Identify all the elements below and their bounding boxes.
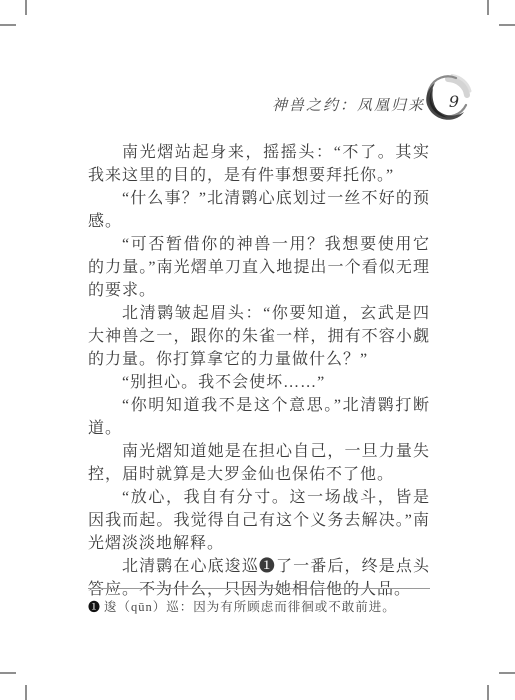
- book-page: 神兽之约：凤凰归来 9 南光熠站起身来，摇摇头：“不了。其实我来这里的目的，是有…: [0, 0, 515, 700]
- footnote: ❶逡（qūn）巡：因为有所顾虑而徘徊或不敢前进。: [88, 599, 430, 616]
- body-paragraph: 北清鹮在心底逡巡❶了一番后，终是点头答应。不为什么，只因为她相信他的人品。: [88, 555, 430, 601]
- crop-mark-bottom-left-vertical: [25, 685, 27, 700]
- body-paragraph: 南光熠站起身来，摇摇头：“不了。其实我来这里的目的，是有件事想要拜托你。”: [88, 141, 430, 187]
- crop-mark-top-right-horizontal: [499, 24, 515, 26]
- crop-mark-bottom-right-horizontal: [499, 672, 515, 674]
- crop-mark-top-left-horizontal: [0, 24, 16, 26]
- body-paragraph: “你明知道我不是这个意思。”北清鹮打断道。: [88, 394, 430, 440]
- body-paragraph: “别担心。我不会使坏……”: [88, 371, 430, 394]
- body-paragraph: 南光熠知道她是在担心自己，一旦力量失控，届时就算是大罗金仙也保佑不了他。: [88, 440, 430, 486]
- crop-mark-top-left-vertical: [25, 0, 27, 15]
- footnote-text: 逡（qūn）巡：因为有所顾虑而徘徊或不敢前进。: [104, 600, 396, 614]
- crop-mark-top-right-vertical: [487, 0, 489, 15]
- crop-mark-bottom-left-horizontal: [0, 672, 16, 674]
- body-paragraph: “放心，我自有分寸。这一场战斗，皆是因我而起。我觉得自己有这个义务去解决。”南光…: [88, 486, 430, 555]
- page-number: 9: [444, 92, 464, 111]
- body-text: 南光熠站起身来，摇摇头：“不了。其实我来这里的目的，是有件事想要拜托你。” “什…: [88, 141, 430, 601]
- crop-mark-bottom-right-vertical: [487, 685, 489, 700]
- footnote-divider: [88, 588, 430, 589]
- body-paragraph: 北清鹮皱起眉头：“你要知道，玄武是四大神兽之一，跟你的朱雀一样，拥有不容小觑的力…: [88, 302, 430, 371]
- running-head-title: 神兽之约：凤凰归来: [272, 94, 425, 115]
- footnote-marker: ❶: [88, 600, 101, 614]
- body-paragraph: “什么事？”北清鹮心底划过一丝不好的预感。: [88, 187, 430, 233]
- body-paragraph: “可否暂借你的神兽一用？我想要使用它的力量。”南光熠单刀直入地提出一个看似无理的…: [88, 233, 430, 302]
